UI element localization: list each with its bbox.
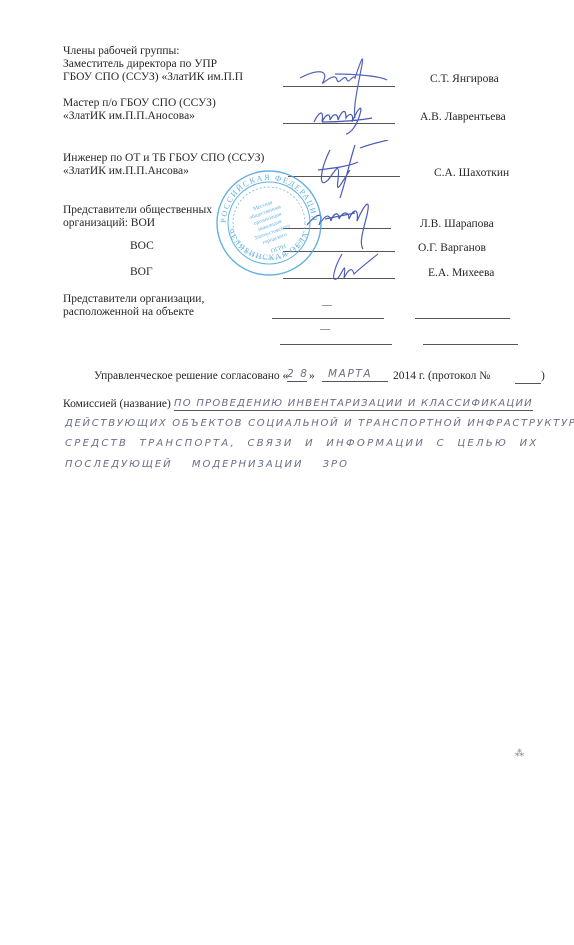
name-line <box>415 318 510 319</box>
decision-day: 2 8 <box>287 368 307 382</box>
site-reps-label: расположенной на объекте <box>63 306 194 319</box>
member-role: ГБОУ СПО (ССУЗ) «ЗлатИК им.П.П <box>63 71 243 84</box>
signature-icon <box>320 248 380 288</box>
decision-mid: » <box>309 370 315 383</box>
signature-line <box>272 318 384 319</box>
commission-line: ДЕЙСТВУЮЩИХ ОБЪЕКТОВ СОЦИАЛЬНОЙ И ТРАНСП… <box>65 417 574 430</box>
member-name: Л.В. Шарапова <box>420 218 494 231</box>
decision-suffix: 2014 г. (протокол № <box>393 370 490 383</box>
member-role: организаций: ВОИ <box>63 217 155 230</box>
member-role: Мастер п/о ГБОУ СПО (ССУЗ) <box>63 97 216 110</box>
dash-mark <box>322 305 332 306</box>
commission-line: СРЕДСТВ ТРАНСПОРТА, СВЯЗИ И ИНФОРМАЦИИ С… <box>65 437 539 450</box>
member-name: А.В. Лаврентьева <box>420 111 506 124</box>
member-role: «ЗлатИК им.П.П.Аносова» <box>63 110 195 123</box>
signature-line <box>280 344 392 345</box>
member-role: «ЗлатИК им.П.П.Ансова» <box>63 165 189 178</box>
dash-mark <box>320 329 330 330</box>
members-header: Члены рабочей группы: <box>63 45 179 58</box>
commission-line: ПОСЛЕДУЮЩЕЙ МОДЕРНИЗАЦИИ ЗРО <box>65 458 349 471</box>
stamp-icon: РОССИЙСКАЯ ФЕДЕРАЦИЯ ЧЕЛЯБИНСКАЯ ОБЛАСТЬ… <box>214 168 324 278</box>
scan-mark: ⁂ <box>515 748 524 759</box>
member-name: Е.А. Михеева <box>428 267 494 280</box>
name-line <box>423 344 518 345</box>
commission-line: ПО ПРОВЕДЕНИЮ ИНВЕНТАРИЗАЦИИ И КЛАССИФИК… <box>174 397 533 411</box>
member-role: ВОГ <box>130 266 153 279</box>
member-role: ВОС <box>130 240 154 253</box>
signature-icon <box>312 100 382 135</box>
member-role: Заместитель директора по УПР <box>63 58 217 71</box>
decision-close: ) <box>541 370 545 383</box>
member-name: О.Г. Варганов <box>418 242 486 255</box>
commission-label: Комиссией (название) <box>63 398 171 411</box>
member-name: С.Т. Янгирова <box>430 73 499 86</box>
member-name: С.А. Шахоткин <box>434 167 509 180</box>
member-role: Представители общественных <box>63 204 212 217</box>
protocol-number-line <box>515 383 541 384</box>
member-role: Инженер по ОТ и ТБ ГБОУ СПО (ССУЗ) <box>63 152 264 165</box>
decision-prefix: Управленческое решение согласовано « <box>94 370 288 383</box>
decision-month: МАРТА <box>322 368 388 382</box>
site-reps-label: Представители организации, <box>63 293 204 306</box>
